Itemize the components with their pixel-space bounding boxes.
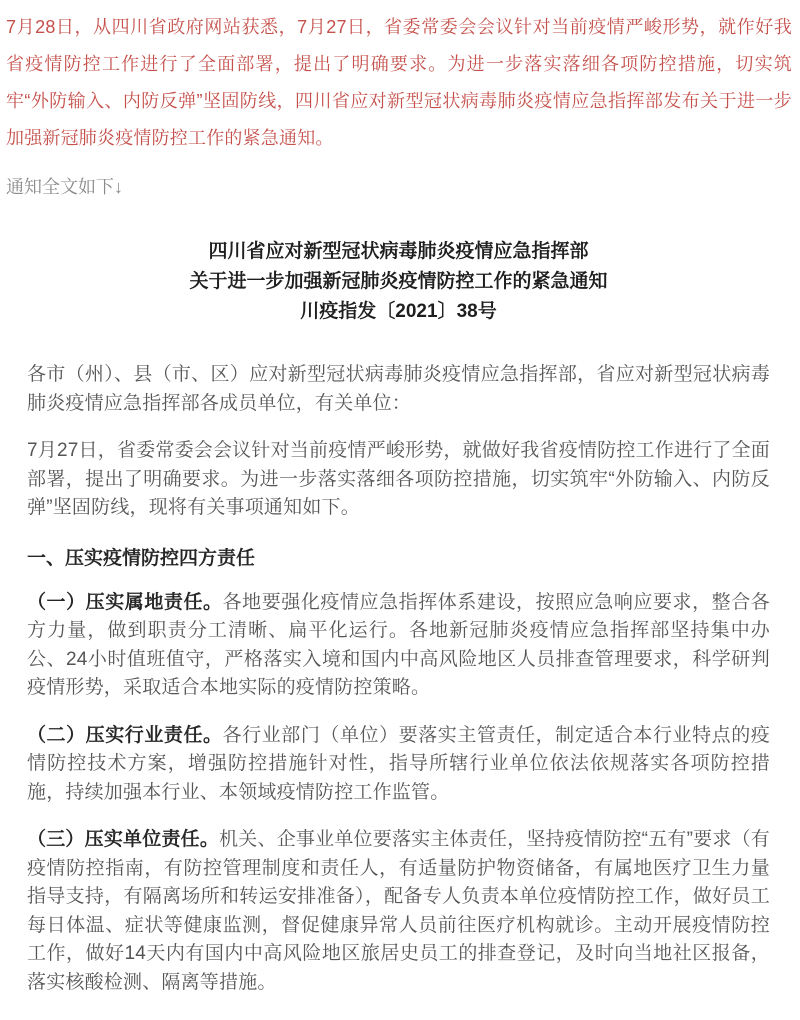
notice-opening-paragraph: 7月27日，省委常委会会议针对当前疫情严峻形势，就做好我省疫情防控工作进行了全面… [27, 437, 770, 523]
notice-document-number: 川疫指发〔2021〕38号 [27, 297, 770, 327]
notice-title-line-1: 四川省应对新型冠状病毒肺炎疫情应急指挥部 [27, 237, 770, 267]
notice-title-block: 四川省应对新型冠状病毒肺炎疫情应急指挥部 关于进一步加强新冠肺炎疫情防控工作的紧… [27, 237, 770, 327]
intro-paragraph: 7月28日，从四川省政府网站获悉，7月27日，省委常委会会议针对当前疫情严峻形势… [4, 9, 794, 157]
item-2-lead: （二）压实行业责任。 [27, 725, 223, 746]
notice-body: 四川省应对新型冠状病毒肺炎疫情应急指挥部 关于进一步加强新冠肺炎疫情防控工作的紧… [4, 237, 794, 997]
notice-salutation: 各市（州）、县（市、区）应对新型冠状病毒肺炎疫情应急指挥部，省应对新型冠状病毒肺… [27, 361, 770, 418]
section-1-item-1: （一）压实属地责任。各地要强化疫情应急指挥体系建设，按照应急响应要求，整合各方力… [27, 589, 770, 703]
item-1-lead: （一）压实属地责任。 [27, 592, 223, 613]
notice-title-line-2: 关于进一步加强新冠肺炎疫情防控工作的紧急通知 [27, 267, 770, 297]
section-1-heading: 一、压实疫情防控四方责任 [27, 545, 770, 573]
notice-fulltext-note: 通知全文如下↓ [4, 173, 794, 201]
item-3-lead: （三）压实单位责任。 [27, 829, 219, 850]
article-page: 7月28日，从四川省政府网站获悉，7月27日，省委常委会会议针对当前疫情严峻形势… [0, 0, 800, 1020]
item-3-text: 机关、企事业单位要落实主体责任，坚持疫情防控“五有”要求（有疫情防控指南，有防控… [27, 829, 770, 993]
section-1-item-3: （三）压实单位责任。机关、企事业单位要落实主体责任，坚持疫情防控“五有”要求（有… [27, 826, 770, 997]
section-1-item-2: （二）压实行业责任。各行业部门（单位）要落实主管责任，制定适合本行业特点的疫情防… [27, 722, 770, 808]
